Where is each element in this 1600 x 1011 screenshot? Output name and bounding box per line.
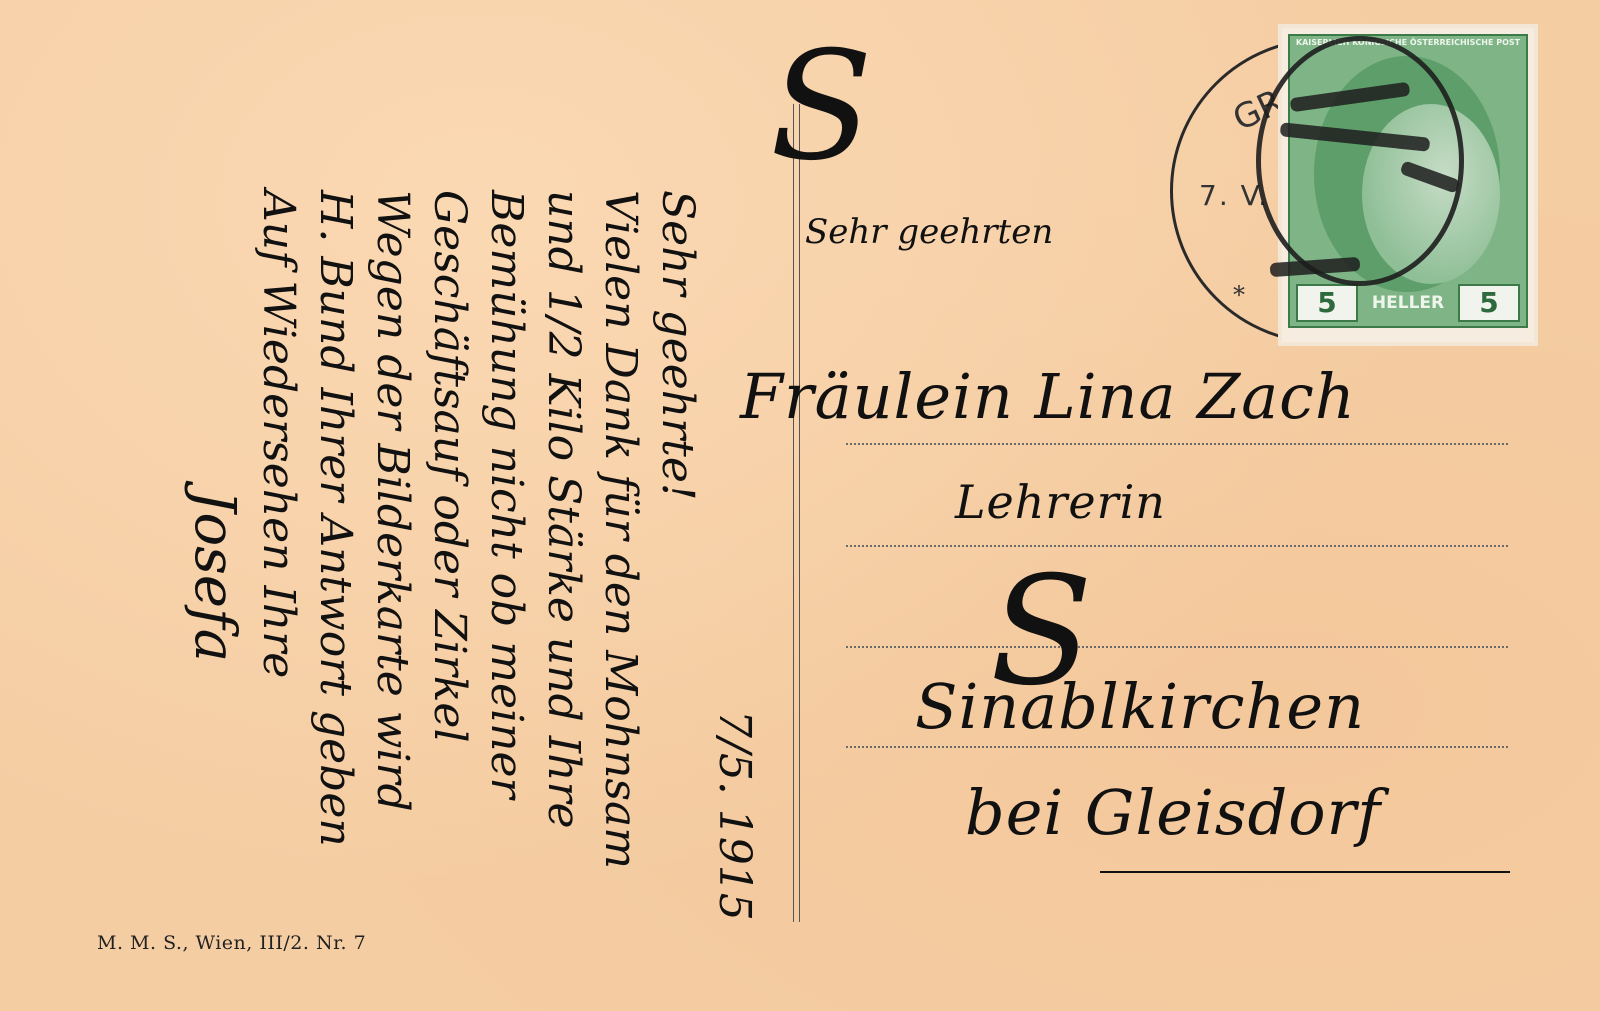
recipient-name: Fräulein Lina Zach — [740, 360, 1356, 433]
postcard: S Sehr geehrten Fräulein Lina Zach Lehre… — [0, 0, 1600, 1011]
address-line-3 — [846, 646, 1508, 648]
message-line: Wegen der Bilderkarte wird — [361, 190, 418, 921]
address-line-1 — [846, 443, 1508, 445]
message-line: Bemühung nicht ob meiner — [475, 190, 532, 921]
salutation-flourish: S — [770, 20, 873, 194]
region-underline — [1100, 871, 1510, 873]
recipient-region: bei Gleisdorf — [965, 776, 1381, 849]
message-line: Geschäftsauf oder Zirkel — [418, 190, 475, 921]
message-line: und 1/2 Kilo Stärke und Ihre — [532, 190, 589, 921]
address-line-2 — [846, 545, 1508, 547]
message-line: H. Bund Ihrer Antwort geben — [304, 190, 361, 921]
message-block: 7/5. 1915 Sehr geehrte! Vielen Dank für … — [190, 190, 760, 921]
message-date: 7/5. 1915 — [703, 190, 760, 921]
salutation: Sehr geehrten — [805, 212, 1053, 252]
cancellation-bars — [1250, 60, 1470, 300]
signature: Josefa — [190, 190, 247, 921]
address-line-4 — [846, 746, 1508, 748]
recipient-occupation: Lehrerin — [955, 475, 1166, 529]
divider-line — [793, 104, 801, 922]
postmark-star-icon: * — [1233, 281, 1245, 309]
message-line: Sehr geehrte! — [646, 190, 703, 921]
publisher-imprint: M. M. S., Wien, III/2. Nr. 7 — [97, 932, 366, 954]
message-line: Vielen Dank für den Mohnsam — [589, 190, 646, 921]
message-line: Auf Wiedersehen Ihre — [247, 190, 304, 921]
recipient-town: Sinablkirchen — [915, 670, 1365, 743]
